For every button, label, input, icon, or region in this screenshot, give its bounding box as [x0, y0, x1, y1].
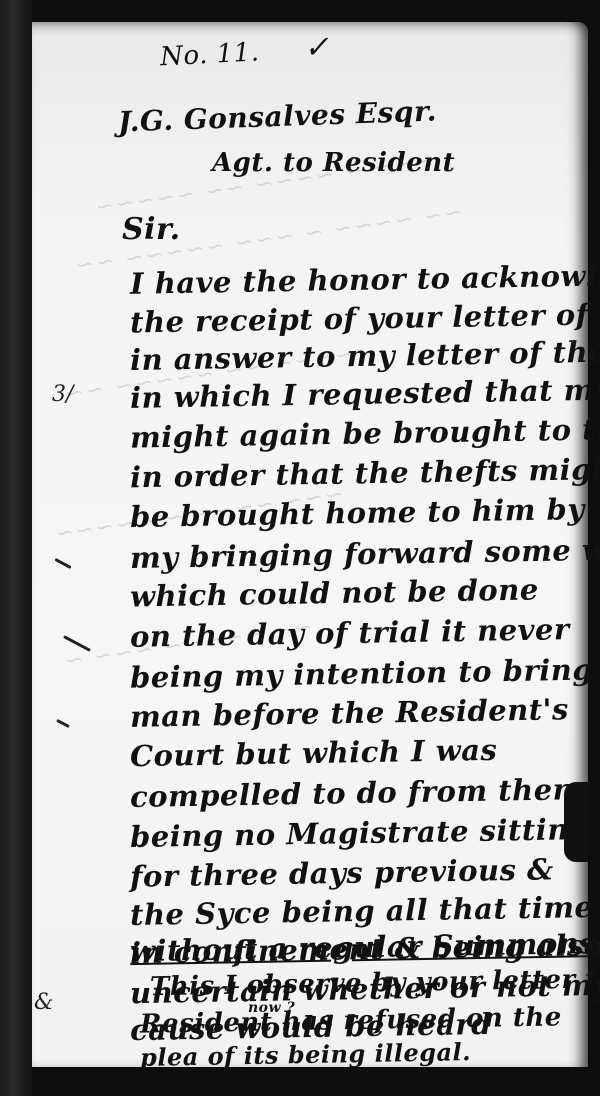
body-line: plea of its being illegal.: [140, 1037, 471, 1072]
body-line: which could not be done: [130, 572, 539, 613]
body-line: in order that the thefts might: [130, 452, 600, 495]
salutation: Sir.: [122, 212, 181, 247]
body-line: be brought home to him by: [130, 492, 585, 534]
margin-mark: &: [34, 990, 54, 1015]
body-line: for three days previous &: [130, 852, 554, 893]
body-line: compelled to do from there: [130, 772, 588, 814]
margin-mark: 3/: [52, 382, 73, 407]
body-line: I have the honor to acknowledge: [130, 257, 600, 301]
check-mark-icon: ✓: [303, 30, 330, 66]
body-line: being no Magistrate sitting: [130, 812, 590, 854]
page-tear: [564, 782, 588, 862]
scan-left-edge: [0, 0, 32, 1096]
letter-page: ~~~ ~ ~~~~ ~~ ~~~~~ ~~ ~~~~ ~ ~~~ ~~~~~ …: [32, 22, 588, 1067]
body-line: the receipt of your letter of 15th Inst.: [130, 294, 600, 339]
body-line: being my intention to bring the: [130, 651, 600, 694]
addressee-name: J.G. Gonsalves Esqr.: [118, 94, 438, 138]
body-line: on the day of trial it never: [130, 612, 570, 654]
ink-mark: [56, 719, 70, 728]
body-line: my bringing forward some witness: [130, 531, 600, 575]
addressee-role: Agt. to Resident: [212, 148, 455, 178]
letter-number: No. 11. ✓: [159, 30, 330, 74]
body-line: in answer to my letter of the 14th.: [130, 333, 600, 377]
body-line: Court but which I was: [130, 733, 498, 773]
ink-mark: [54, 558, 71, 569]
body-line: might again be brought to trial: [130, 411, 600, 454]
body-line: the Syce being all that time: [130, 890, 594, 932]
body-line: man before the Resident's: [130, 692, 569, 734]
